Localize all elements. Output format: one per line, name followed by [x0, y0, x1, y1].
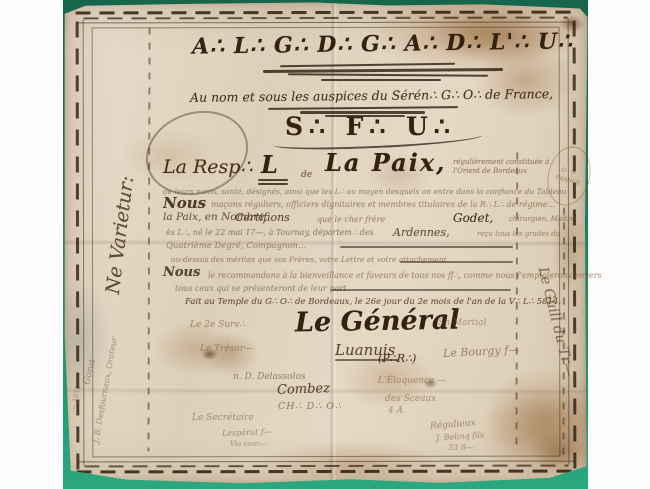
- signature-right-5: 4 A: [388, 406, 403, 416]
- signature-right-8: 33 8—: [448, 443, 474, 452]
- rule-after-line-8: [331, 289, 511, 291]
- masonic-header: A∴ L∴ G∴ D∴ G∴ A∴ D∴ L'∴ U∴: [192, 28, 573, 59]
- body-line-8: tous ceux qui se présenteront de leur pa…: [175, 284, 349, 293]
- lodge-name: La Paix,: [325, 148, 447, 177]
- signature-right-4: des Sceaux: [385, 394, 436, 404]
- body-nous-2: Nous: [163, 265, 200, 280]
- signature-left-1: Le 2e Surv∴: [190, 320, 245, 330]
- signature-left-6: Le Secrétaire: [192, 413, 254, 423]
- rule-after-line-5: [340, 246, 513, 248]
- salutation-de: de: [301, 170, 312, 180]
- border-line-top: [78, 22, 574, 24]
- body-line-4: ès L∴, né le 22 mai 17—, à Tournay, dépa…: [166, 228, 374, 237]
- body-line-3-tail: chirurgien, Maître: [509, 215, 575, 223]
- border-line-right: [568, 19, 570, 465]
- border-dashes-bottom: [76, 470, 576, 474]
- sigil-double-underline: [258, 179, 288, 181]
- signature-left-5: CH∴ D∴ O∴: [278, 401, 342, 412]
- signature-combez: Combez: [277, 381, 330, 398]
- signature-left-3: n. D. Delassolos: [233, 372, 306, 382]
- seal-stamp-text-1: G∴ O∴: [561, 167, 580, 177]
- flourish-under-header: [321, 79, 441, 81]
- signature-right-1: Sn Martial: [438, 318, 486, 328]
- body-line-1: de leurs noms, santé, désignés, ainsi qu…: [163, 187, 566, 196]
- page-background: A∴ L∴ G∴ D∴ G∴ A∴ D∴ L'∴ U∴ Au nom et so…: [0, 0, 650, 489]
- sigil-double-underline: [258, 183, 288, 185]
- document-photo: A∴ L∴ G∴ D∴ G∴ A∴ D∴ L'∴ U∴ Au nom et so…: [63, 0, 588, 489]
- body-name-godet: Godet,: [453, 211, 493, 225]
- border-dashes-bottom2: [84, 465, 568, 468]
- border-dashes-top2: [84, 17, 568, 20]
- signature-right-3: L'Éloquence —: [378, 376, 446, 386]
- signature-general-title: Le Général: [295, 305, 460, 339]
- body-nous-1: Nous: [163, 194, 206, 212]
- body-certifions: Certifions: [235, 211, 290, 224]
- signature-left-2: Le Trésor—: [200, 344, 253, 354]
- border-dashes-top: [76, 11, 576, 15]
- border-dashes-right: [573, 15, 577, 469]
- signature-pr-note: (P∴R∴): [378, 352, 416, 365]
- body-line-2: maçons réguliers, officiers dignitaires …: [211, 200, 556, 209]
- body-line-5: Quatrième Degré, Compagnon…: [166, 241, 307, 251]
- border-line-left: [83, 19, 85, 465]
- rule-after-line-6: [400, 261, 513, 263]
- signature-bottom-2: Via cour—: [230, 440, 267, 448]
- border-line-bottom: [78, 461, 574, 463]
- body-line-3-mid: que le cher frère: [317, 215, 385, 224]
- salutation-resp: La Resp∴: [163, 156, 253, 178]
- lodge-sigil: L: [261, 150, 278, 179]
- body-line-4-tail: reçu tous les grades du: [477, 230, 560, 238]
- signature-bottom-1: Lespérut f—: [222, 427, 272, 438]
- body-name-ardennes: Ardennes,: [393, 226, 450, 239]
